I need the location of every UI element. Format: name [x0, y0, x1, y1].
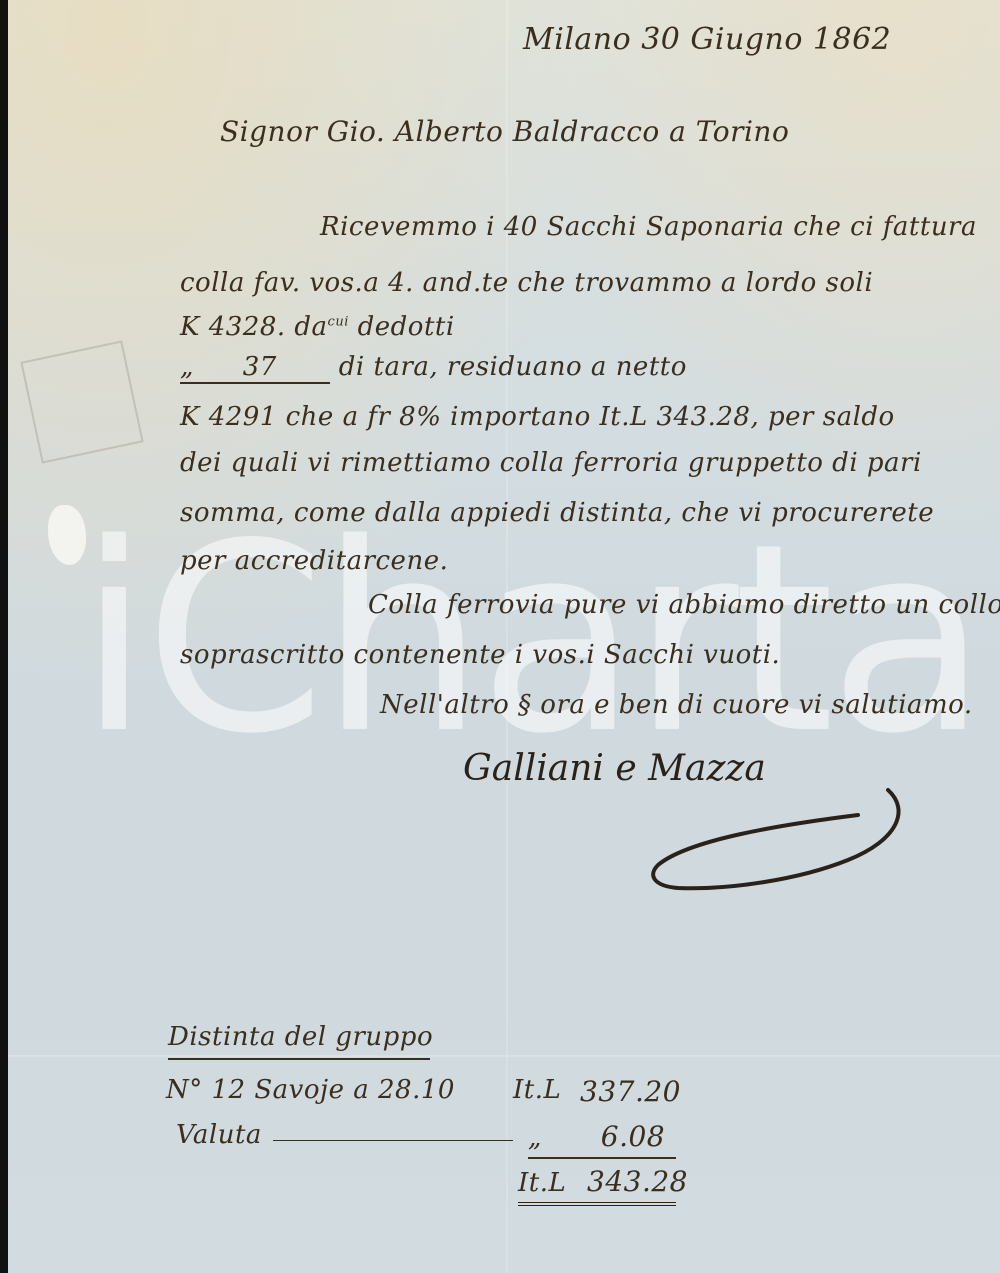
body-line-2: colla fav. vos.a 4. and.te che trovammo …: [180, 268, 873, 298]
paper-tear: [48, 505, 86, 565]
fold-line-vertical: [506, 0, 508, 1273]
body-line-1: Ricevemmo i 40 Sacchi Saponaria che ci f…: [320, 212, 977, 242]
gross-weight: K 4328.: [180, 312, 286, 342]
distinta-total: It.L 343.28: [518, 1165, 676, 1206]
body-line-7: somma, come dalla appiedi distinta, che …: [180, 498, 934, 528]
body-line-9: Colla ferrovia pure vi abbiamo diretto u…: [368, 590, 1000, 620]
letter-paper: iCharta Milano 30 Giugno 1862 Signor Gio…: [8, 0, 1000, 1273]
distinta-title: Distinta del gruppo: [168, 1022, 430, 1060]
distinta-row-2-label: Valuta: [176, 1120, 262, 1150]
distinta-row-1-amount: 337.20: [580, 1075, 681, 1108]
body-line-3: K 4328. dacui dedotti: [180, 312, 455, 342]
faded-postmark-stamp: [20, 340, 143, 463]
body-line-8: per accreditarcene.: [180, 546, 448, 576]
fold-line-horizontal: [8, 1055, 1000, 1057]
body-line-10: soprascritto contenente i vos.i Sacchi v…: [180, 640, 780, 670]
distinta-row-1-currency: It.L: [513, 1075, 561, 1105]
signature-flourish-icon: [648, 780, 918, 900]
distinta-row-2-amount-cell: „ 6.08: [528, 1120, 676, 1159]
body-line-6: dei quali vi rimettiamo colla ferroria g…: [180, 448, 922, 478]
salutation: Signor Gio. Alberto Baldracco a Torino: [220, 115, 789, 148]
tare-value: „ 37: [180, 352, 330, 384]
body-line-4: „ 37 di tara, residuano a netto: [180, 352, 687, 384]
total-amount: 343.28: [587, 1165, 688, 1198]
scan-border: [0, 0, 8, 1273]
total-currency: It.L: [518, 1168, 566, 1198]
dateline: Milano 30 Giugno 1862: [523, 22, 891, 57]
body-line-11: Nell'altro § ora e ben di cuore vi salut…: [380, 690, 973, 720]
distinta-row-1-label: N° 12 Savoje a 28.10: [166, 1075, 455, 1105]
body-line-5: K 4291 che a fr 8% importano It.L 343.28…: [180, 402, 895, 432]
valuta-rule: [273, 1140, 513, 1141]
